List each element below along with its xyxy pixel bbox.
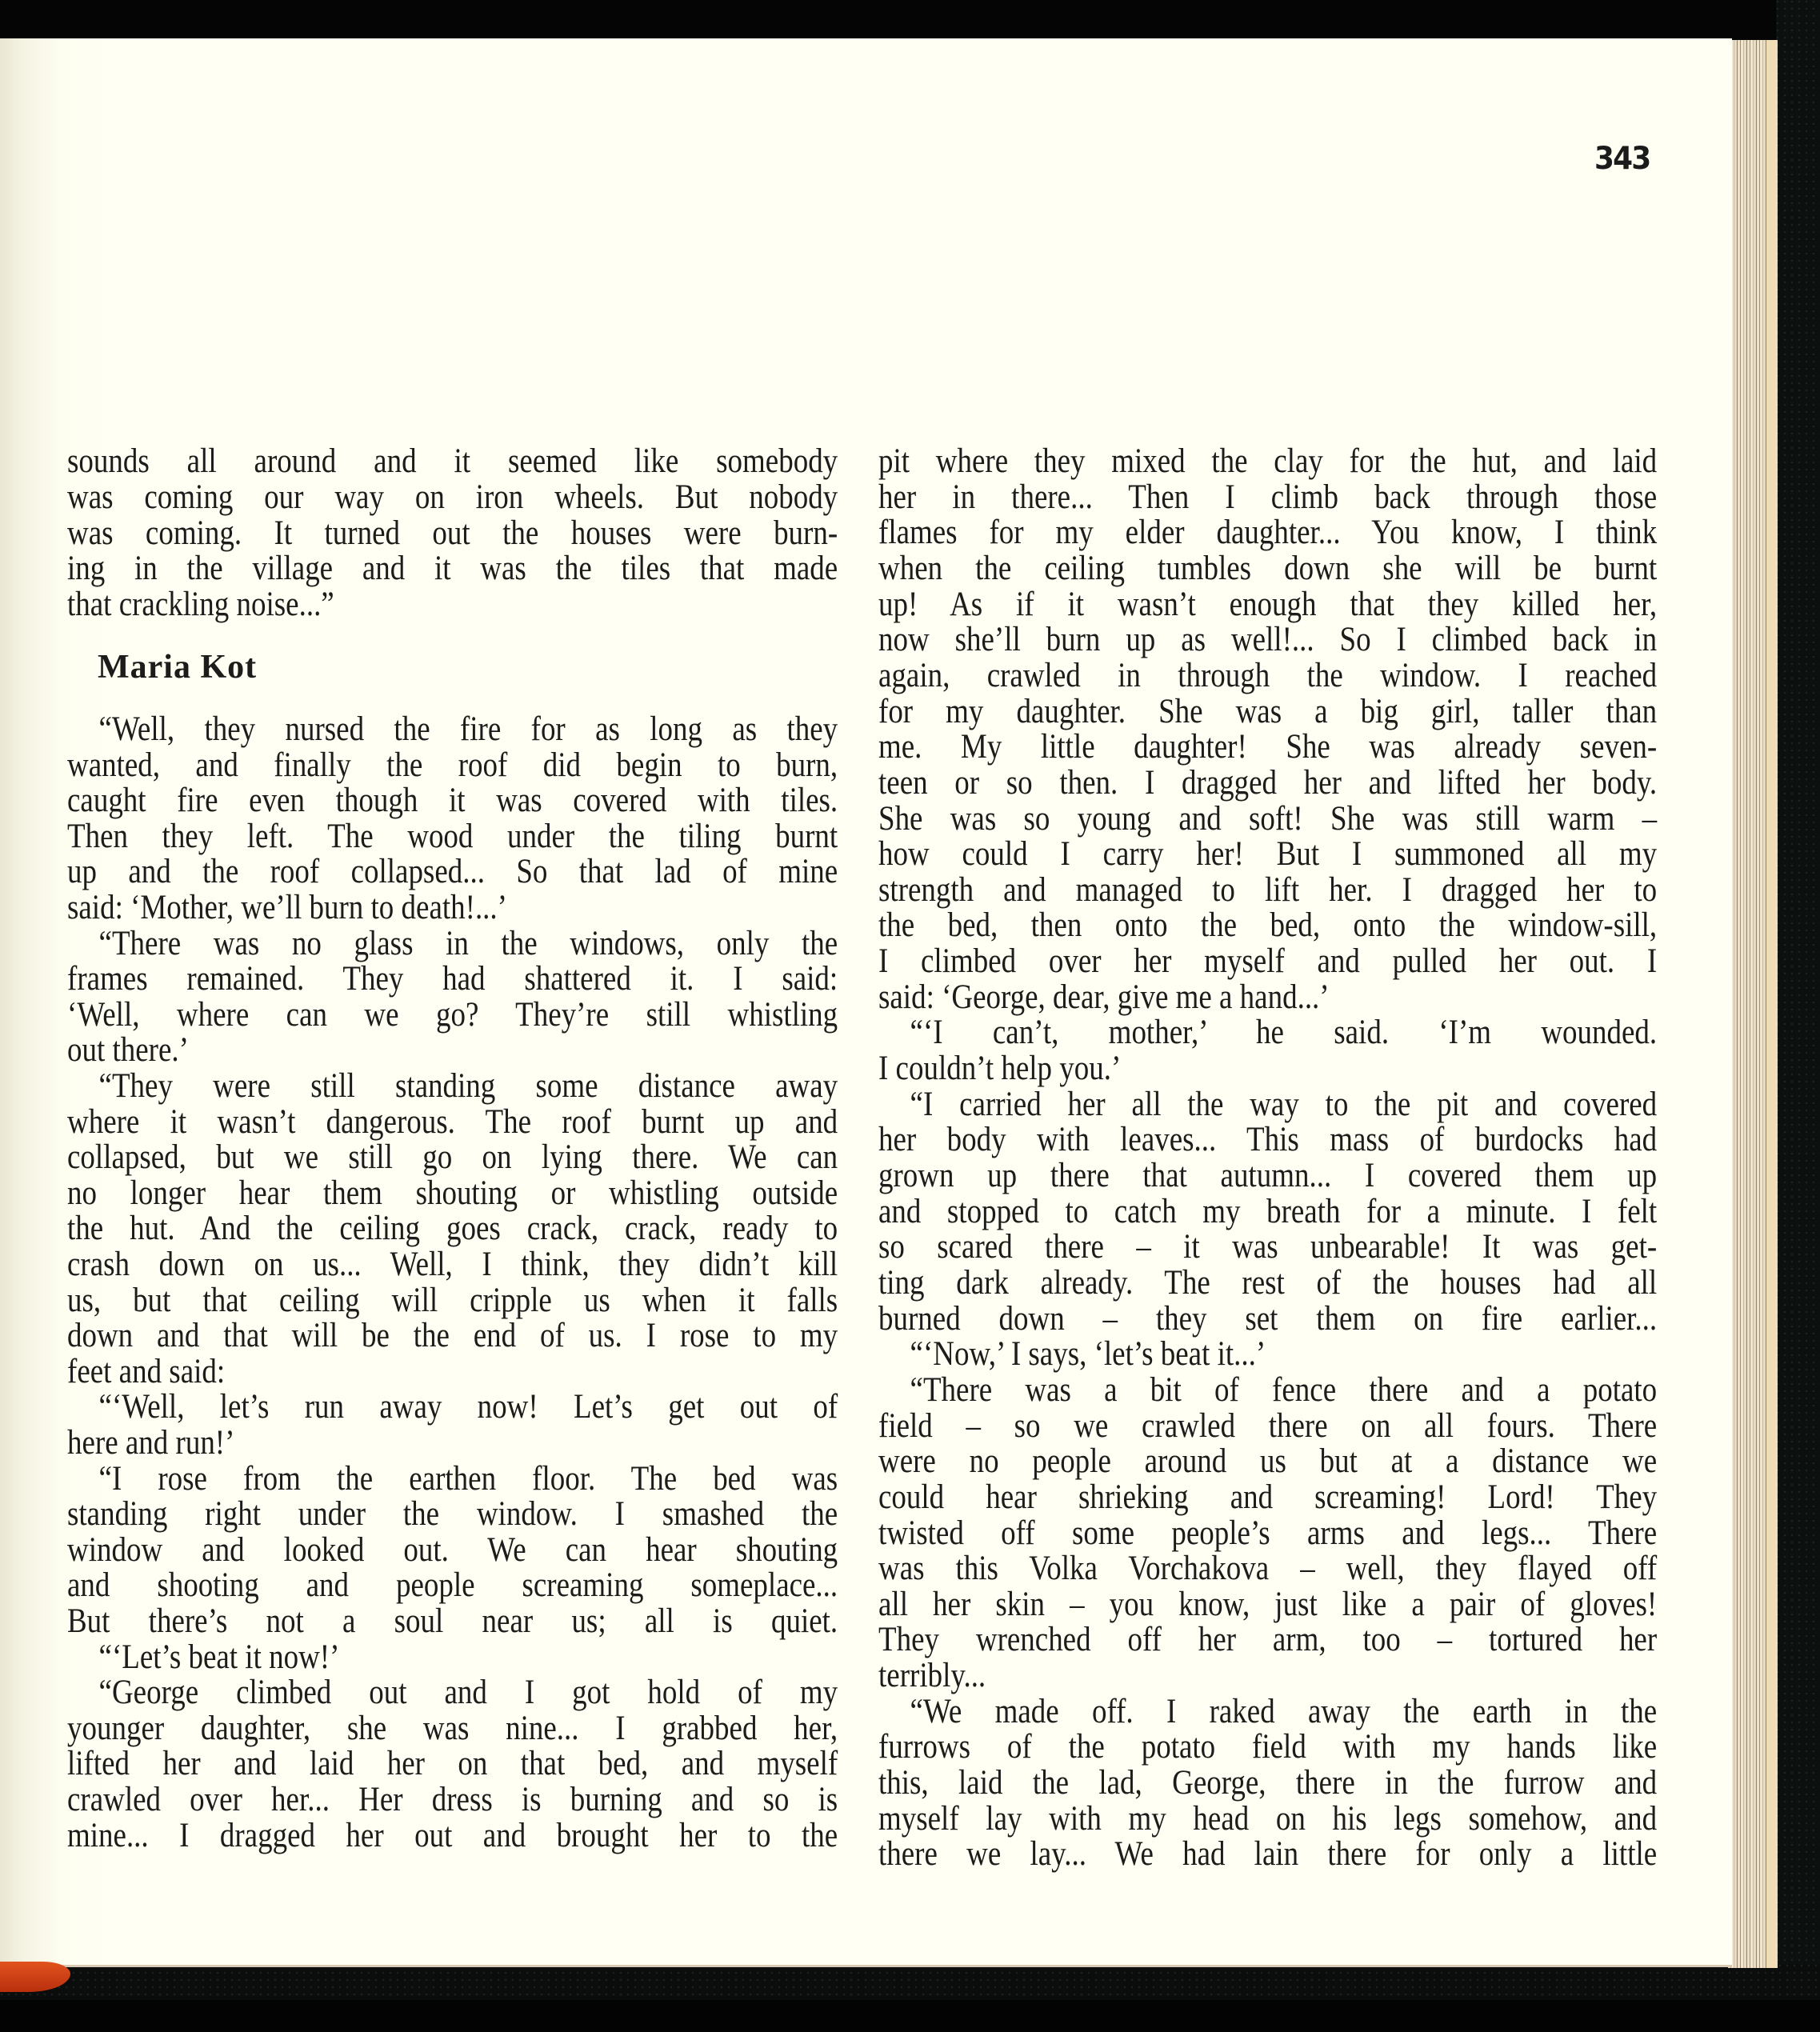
text-line: They wrenched off her arm, too – torture… [878, 1621, 1657, 1659]
text-line: pit where they mixed the clay for the hu… [878, 442, 1657, 481]
text-line: strength and managed to lift her. I drag… [878, 871, 1657, 910]
text-line: “There was a bit of fence there and a po… [878, 1371, 1657, 1410]
text-line: “‘Well, let’s run away now! Let’s get ou… [67, 1388, 838, 1426]
text-line: wanted, and finally the roof did begin t… [67, 746, 838, 785]
text-line: her body with leaves... This mass of bur… [878, 1121, 1657, 1159]
text-line: myself lay with my head on his legs some… [878, 1800, 1657, 1838]
text-line: no longer hear them shouting or whistlin… [67, 1174, 838, 1213]
text-line: “‘I can’t, mother,’ he said. ‘I’m wounde… [878, 1014, 1657, 1052]
text-line: here and run!’ [67, 1424, 838, 1462]
text-line: flames for my elder daughter... You know… [878, 514, 1657, 552]
section-heading: Maria Kot [98, 648, 257, 686]
text-line: said: ‘Mother, we’ll burn to death!...’ [67, 889, 838, 927]
text-line: the hut. And the ceiling goes crack, cra… [67, 1210, 838, 1248]
text-line: was this Volka Vorchakova – well, they f… [878, 1550, 1657, 1588]
text-line: how could I carry her! But I summoned al… [878, 835, 1657, 874]
text-line: crash down on us... Well, I think, they … [67, 1246, 838, 1284]
text-line: crawled over her... Her dress is burning… [67, 1781, 838, 1819]
text-line: grown up there that autumn... I covered … [878, 1157, 1657, 1195]
text-line: the bed, then onto the bed, onto the win… [878, 906, 1657, 945]
text-line: “There was no glass in the windows, only… [67, 925, 838, 963]
text-line: all her skin – you know, just like a pai… [878, 1586, 1657, 1624]
text-line: out there.’ [67, 1031, 838, 1070]
text-line: lifted her and laid her on that bed, and… [67, 1745, 838, 1783]
text-line: us, but that ceiling will cripple us whe… [67, 1282, 838, 1320]
book-cover-right [1776, 0, 1820, 2032]
text-line: She was so young and soft! She was still… [878, 800, 1657, 838]
text-line: furrows of the potato field with my hand… [878, 1728, 1657, 1766]
text-line: where it wasn’t dangerous. The roof burn… [67, 1103, 838, 1142]
text-line: field – so we crawled there on all fours… [878, 1407, 1657, 1446]
text-line: that crackling noise...” [67, 586, 838, 624]
right-column: pit where they mixed the clay for the hu… [878, 0, 1657, 2032]
text-line: when the ceiling tumbles down she will b… [878, 550, 1657, 588]
text-line: “George climbed out and I got hold of my [67, 1674, 838, 1712]
text-line: me. My little daughter! She was already … [878, 728, 1657, 766]
text-line: again, crawled in through the window. I … [878, 657, 1657, 695]
text-line: collapsed, but we still go on lying ther… [67, 1138, 838, 1177]
text-line: teen or so then. I dragged her and lifte… [878, 764, 1657, 802]
text-line: for my daughter. She was a big girl, tal… [878, 693, 1657, 731]
text-line: ‘Well, where can we go? They’re still wh… [67, 996, 838, 1034]
text-line: “‘Now,’ I says, ‘let’s beat it...’ [878, 1335, 1657, 1374]
text-line: her in there... Then I climb back throug… [878, 478, 1657, 517]
text-line: ting dark already. The rest of the house… [878, 1264, 1657, 1302]
text-line: feet and said: [67, 1353, 838, 1391]
text-line: so scared there – it was unbearable! It … [878, 1228, 1657, 1266]
page-edges [1728, 40, 1778, 1968]
text-line: and stopped to catch my breath for a min… [878, 1193, 1657, 1231]
text-line: this, laid the lad, George, there in the… [878, 1764, 1657, 1802]
text-line: was coming our way on iron wheels. But n… [67, 478, 838, 517]
text-line: was coming. It turned out the houses wer… [67, 514, 838, 553]
text-line: “They were still standing some distance … [67, 1067, 838, 1106]
text-line: younger daughter, she was nine... I grab… [67, 1710, 838, 1748]
text-line: down and that will be the end of us. I r… [67, 1317, 838, 1355]
text-line: up! As if it wasn’t enough that they kil… [878, 586, 1657, 624]
text-line: frames remained. They had shattered it. … [67, 960, 838, 998]
text-line: terribly... [878, 1657, 1657, 1695]
text-line: there we lay... We had lain there for on… [878, 1835, 1657, 1874]
left-column: Maria Kot sounds all around and it seeme… [67, 0, 838, 2032]
text-line: standing right under the window. I smash… [67, 1495, 838, 1534]
text-line: now she’ll burn up as well!... So I clim… [878, 621, 1657, 659]
text-line: I couldn’t help you.’ [878, 1050, 1657, 1088]
text-line: mine... I dragged her out and brought he… [67, 1817, 838, 1855]
text-line: twisted off some people’s arms and legs.… [878, 1514, 1657, 1553]
text-line: said: ‘George, dear, give me a hand...’ [878, 978, 1657, 1017]
text-line: I climbed over her myself and pulled her… [878, 942, 1657, 981]
text-line: “I carried her all the way to the pit an… [878, 1086, 1657, 1124]
text-line: Then they left. The wood under the tilin… [67, 818, 838, 856]
text-line: sounds all around and it seemed like som… [67, 442, 838, 481]
text-line: But there’s not a soul near us; all is q… [67, 1602, 838, 1641]
text-line: could hear shrieking and screaming! Lord… [878, 1478, 1657, 1517]
text-line: “We made off. I raked away the earth in … [878, 1693, 1657, 1731]
text-line: and shooting and people screaming somepl… [67, 1566, 838, 1605]
text-line: “‘Let’s beat it now!’ [67, 1638, 838, 1677]
text-line: caught fire even though it was covered w… [67, 782, 838, 820]
text-line: up and the roof collapsed... So that lad… [67, 853, 838, 891]
text-line: “I rose from the earthen floor. The bed … [67, 1460, 838, 1498]
text-line: window and looked out. We can hear shout… [67, 1531, 838, 1570]
text-line: “Well, they nursed the fire for as long … [67, 710, 838, 749]
text-line: burned down – they set them on fire earl… [878, 1300, 1657, 1338]
text-line: ing in the village and it was the tiles … [67, 550, 838, 588]
text-line: were no people around us but at a distan… [878, 1442, 1657, 1481]
